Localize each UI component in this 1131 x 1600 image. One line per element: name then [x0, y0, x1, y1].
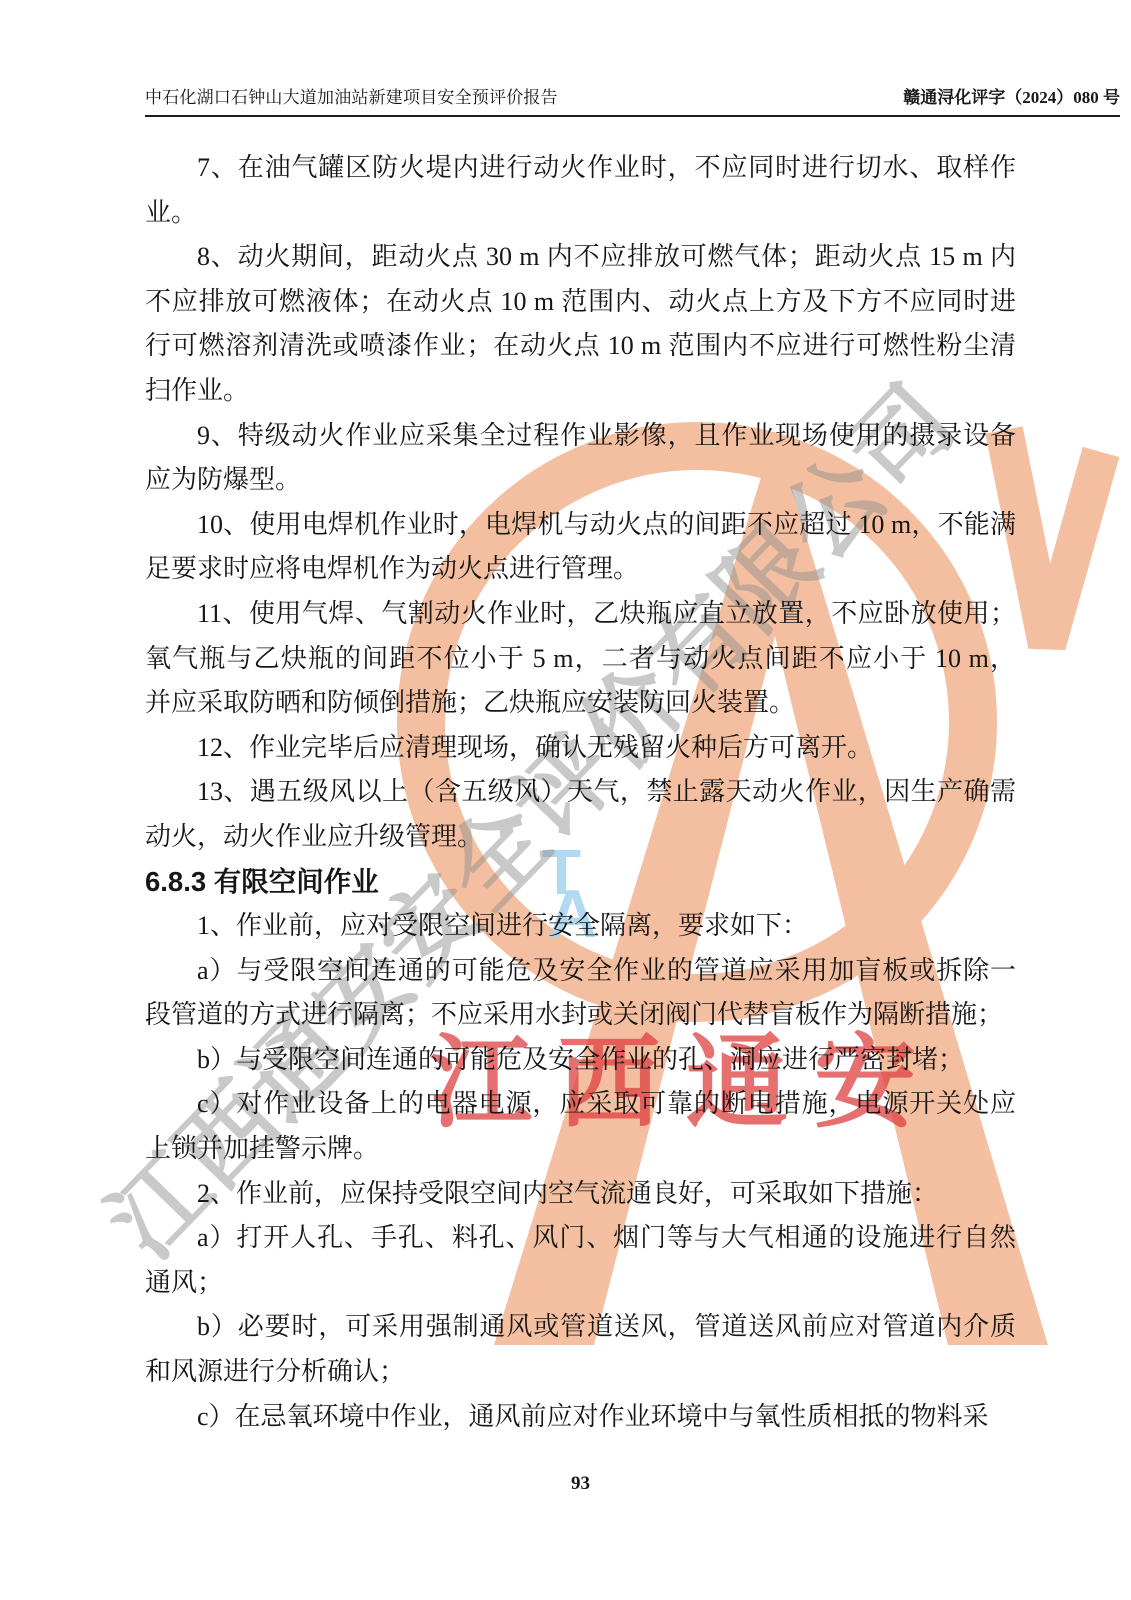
text-line: c）对作业设备上的电器电源，应采取可靠的断电措施，电源开关处应 — [145, 1082, 1016, 1127]
document-page: T A 江西通安安全评价有限公司 江西通安 中石化湖口石钟山大道加油站新建项目安… — [0, 0, 1131, 1600]
header-doc-number: 赣通浔化评字（2024）080 号 — [903, 88, 1120, 108]
text-line: 扫作业。 — [145, 369, 1016, 414]
text-line: 段管道的方式进行隔离；不应采用水封或关闭阀门代替盲板作为隔断措施； — [145, 993, 1016, 1038]
text-line: 并应采取防晒和防倾倒措施；乙炔瓶应安装防回火装置。 — [145, 681, 1016, 726]
text-line: a）与受限空间连通的可能危及安全作业的管道应采用加盲板或拆除一 — [145, 949, 1016, 994]
text-line: c）在忌氧环境中作业，通风前应对作业环境中与氧性质相抵的物料采 — [145, 1395, 1016, 1440]
text-line: 业。 — [145, 191, 1016, 236]
text-line: 7、在油气罐区防火堤内进行动火作业时，不应同时进行切水、取样作 — [145, 146, 1016, 191]
text-line: 11、使用气焊、气割动火作业时，乙炔瓶应直立放置，不应卧放使用； — [145, 592, 1016, 637]
text-line: 足要求时应将电焊机作为动火点进行管理。 — [145, 547, 1016, 592]
text-line: 氧气瓶与乙炔瓶的间距不位小于 5 m，二者与动火点间距不应小于 10 m， — [145, 637, 1016, 682]
page-header: 中石化湖口石钟山大道加油站新建项目安全预评价报告 赣通浔化评字（2024）080… — [145, 88, 1120, 117]
text-line: 1、作业前，应对受限空间进行安全隔离，要求如下： — [145, 904, 1016, 949]
text-line: 12、作业完毕后应清理现场，确认无残留火种后方可离开。 — [145, 726, 1016, 771]
section-heading: 6.8.3 有限空间作业 — [145, 860, 1016, 905]
header-report-title: 中石化湖口石钟山大道加油站新建项目安全预评价报告 — [145, 88, 558, 108]
text-line: 不应排放可燃液体；在动火点 10 m 范围内、动火点上方及下方不应同时进 — [145, 280, 1016, 325]
text-line: 动火，动火作业应升级管理。 — [145, 815, 1016, 860]
text-line: 10、使用电焊机作业时，电焊机与动火点的间距不应超过 10 m，不能满 — [145, 503, 1016, 548]
text-line: 应为防爆型。 — [145, 458, 1016, 503]
text-line: 和风源进行分析确认； — [145, 1350, 1016, 1395]
text-line: 2、作业前，应保持受限空间内空气流通良好，可采取如下措施： — [145, 1172, 1016, 1217]
text-line: 行可燃溶剂清洗或喷漆作业；在动火点 10 m 范围内不应进行可燃性粉尘清 — [145, 324, 1016, 369]
text-line: 8、动火期间，距动火点 30 m 内不应排放可燃气体；距动火点 15 m 内 — [145, 235, 1016, 280]
text-line: 13、遇五级风以上（含五级风）天气，禁止露天动火作业，因生产确需 — [145, 770, 1016, 815]
document-body: 7、在油气罐区防火堤内进行动火作业时，不应同时进行切水、取样作业。8、动火期间，… — [145, 146, 1016, 1439]
page-number: 93 — [145, 1473, 1016, 1495]
text-line: 9、特级动火作业应采集全过程作业影像，且作业现场使用的摄录设备 — [145, 414, 1016, 459]
text-line: b）必要时，可采用强制通风或管道送风，管道送风前应对管道内介质 — [145, 1305, 1016, 1350]
text-line: 通风； — [145, 1261, 1016, 1306]
header-row: 中石化湖口石钟山大道加油站新建项目安全预评价报告 赣通浔化评字（2024）080… — [145, 88, 1120, 108]
text-line: 上锁并加挂警示牌。 — [145, 1127, 1016, 1172]
text-line: a）打开人孔、手孔、料孔、风门、烟门等与大气相通的设施进行自然 — [145, 1216, 1016, 1261]
text-line: b）与受限空间连通的可能危及安全作业的孔、洞应进行严密封堵； — [145, 1038, 1016, 1083]
